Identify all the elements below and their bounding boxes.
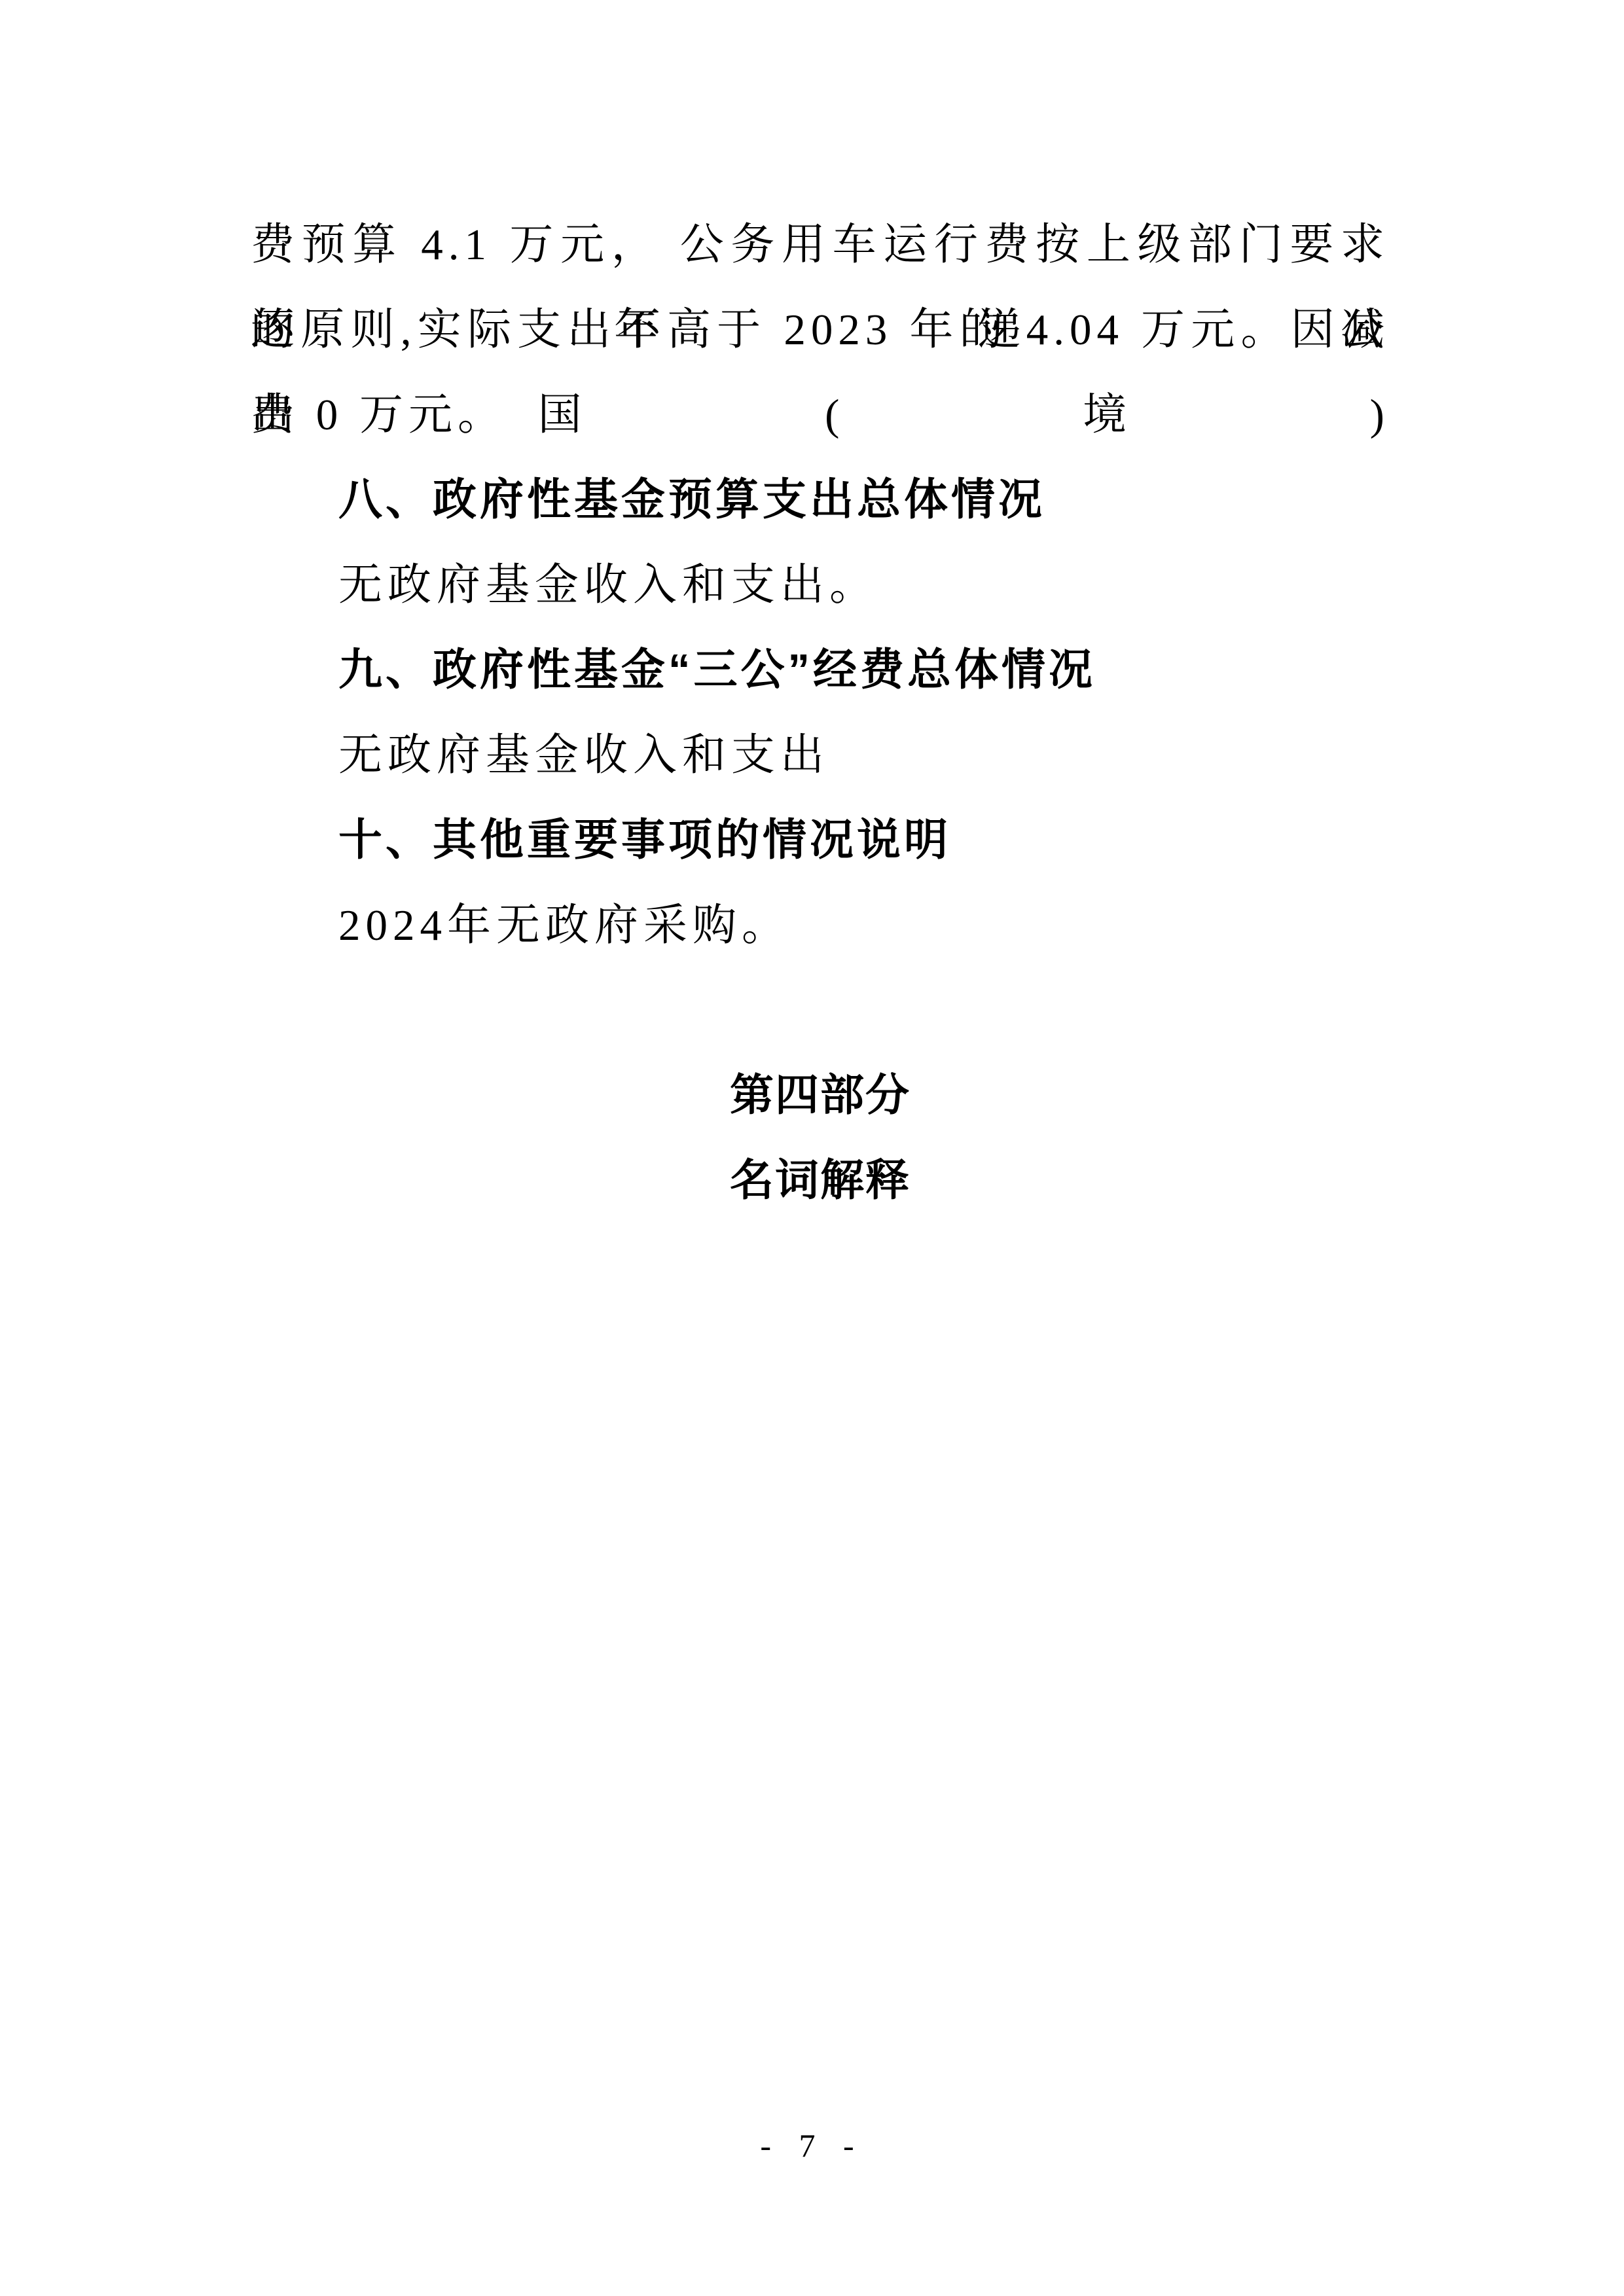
blank-line bbox=[251, 968, 1390, 1053]
page-number: - 7 - bbox=[0, 2126, 1624, 2165]
document-page: 费预算 4.1 万元， 公务用车运行费按上级部门要求逐年递减 的原则,实际支出不… bbox=[0, 0, 1624, 2296]
section-body-10: 2024年无政府采购。 bbox=[251, 883, 1390, 968]
page-content: 费预算 4.1 万元， 公务用车运行费按上级部门要求逐年递减 的原则,实际支出不… bbox=[251, 202, 1390, 1223]
part-title: 第四部分 bbox=[251, 1053, 1390, 1138]
section-heading-10: 十、其他重要事项的情况说明 bbox=[251, 798, 1390, 883]
paragraph-line-1: 费预算 4.1 万元， 公务用车运行费按上级部门要求逐年递减 bbox=[251, 202, 1390, 287]
section-heading-9: 九、政府性基金“三公”经费总体情况 bbox=[251, 628, 1390, 713]
section-body-9: 无政府基金收入和支出 bbox=[251, 713, 1390, 798]
part-subtitle: 名词解释 bbox=[251, 1138, 1390, 1223]
section-heading-8: 八、政府性基金预算支出总体情况 bbox=[251, 457, 1390, 543]
section-body-8: 无政府基金收入和支出。 bbox=[251, 543, 1390, 628]
paragraph-line-2: 的原则,实际支出不高于 2023 年的 4.04 万元。因公出国(境) bbox=[251, 287, 1390, 372]
